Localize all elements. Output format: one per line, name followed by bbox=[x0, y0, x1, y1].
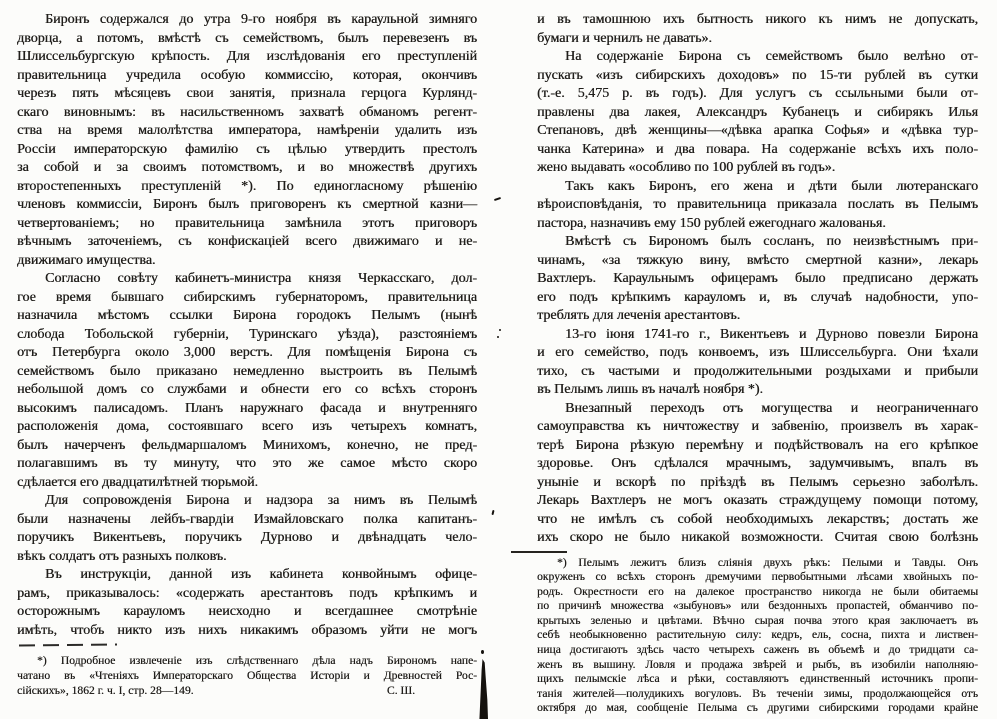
text-line: себѣ необыкновенно растительную силу: ке… bbox=[537, 628, 978, 643]
footnote-text: сійскихъ», 1862 г. ч. I, стр. 28—149. bbox=[17, 683, 194, 698]
text-line: второстепенныхъ преступленій *). По един… bbox=[17, 178, 477, 197]
text-line: ница достигаютъ здѣсь часто четырехъ саж… bbox=[537, 643, 978, 658]
ink-speck bbox=[481, 650, 484, 654]
text-line: Россіи императорскую фамилію съ цѣлью ут… bbox=[17, 141, 477, 160]
text-line: чанка Катерина» и два повара. На содержа… bbox=[537, 141, 978, 160]
text-line: сдѣлается его двадцатилѣтней тюрьмой. bbox=[17, 474, 477, 493]
text-line: Такъ какъ Биронъ, его жена и дѣти были л… bbox=[537, 178, 978, 197]
text-line: членовъ коммиссіи, Биронъ былъ приговоре… bbox=[17, 196, 477, 215]
footnote-last-line: сійскихъ», 1862 г. ч. I, стр. 28—149.С. … bbox=[17, 683, 477, 698]
text-line: (т.-е. 5,475 р. въ годъ). Для услугъ съ … bbox=[537, 85, 978, 104]
text-line: поручикъ Викентьевъ, поручикъ Дурново и … bbox=[17, 529, 477, 548]
text-line: 13-го іюня 1741-го г., Викентьевъ и Дурн… bbox=[537, 326, 978, 345]
text-line: чатано въ «Чтеніяхъ Императорскаго Общес… bbox=[17, 668, 477, 683]
text-line: самоуправства къ ничтожеству и забвенію,… bbox=[537, 418, 978, 437]
text-line: его подъ крѣпкимъ карауломъ и, въ случаѣ… bbox=[537, 289, 978, 308]
text-line: терѣ Бирона рѣзкую перемѣну и подѣйствов… bbox=[537, 437, 978, 456]
text-line: Степановъ, двѣ женщины—«дѣвка арапка Соф… bbox=[537, 122, 978, 141]
text-line: въ Пелымъ лишь въ началѣ ноября *). bbox=[537, 381, 978, 400]
text-line: уныніе и вскорѣ по пріѣздѣ въ Пелымъ сер… bbox=[537, 474, 978, 493]
ink-speck bbox=[494, 197, 501, 201]
text-line: пастора, назначивъ ему 150 рублей ежегод… bbox=[537, 215, 978, 234]
text-line: крытыхъ зеленью и цвѣтами. Вѣчно сырая п… bbox=[537, 614, 978, 629]
text-line: расположенія дома, состоявшаго всего изъ… bbox=[17, 418, 477, 437]
text-line: окруженъ со всѣхъ сторонъ дремучими перв… bbox=[537, 570, 978, 585]
ink-streak bbox=[477, 659, 488, 719]
text-line: полагавшимъ въ ту минуту, что это же сам… bbox=[17, 455, 477, 474]
left-page-body: Биронъ содержался до утра 9-го ноября въ… bbox=[17, 11, 477, 640]
text-line: вѣроисповѣданія, то правительница приказ… bbox=[537, 196, 978, 215]
text-line: что не имѣлъ съ собой необходимыхъ лекар… bbox=[537, 511, 978, 530]
text-line: семействомъ было приказано немедленно вы… bbox=[17, 363, 477, 382]
text-line: ства на время малолѣтства императора, на… bbox=[17, 122, 477, 141]
text-line: Для сопровожденія Бирона и надзора за ни… bbox=[17, 492, 477, 511]
text-line: родъ. Окрестности его на далекое простра… bbox=[537, 585, 978, 600]
text-line: вѣкъ солдатъ отъ разныхъ полковъ. bbox=[17, 548, 477, 567]
text-line: бумаги и чернилъ не давать». bbox=[537, 30, 978, 49]
text-line: Согласно совѣту кабинетъ-министра князя … bbox=[17, 270, 477, 289]
text-line: Лекарь Вахтлеръ не могъ оказать страждущ… bbox=[537, 492, 978, 511]
text-line: скаго виновнымъ: въ насильственномъ захв… bbox=[17, 104, 477, 123]
text-line: *) Подробное извлеченіе изъ слѣдственнаг… bbox=[17, 653, 477, 668]
text-line: тихо, съ частыми и продолжительными розд… bbox=[537, 363, 978, 382]
text-line: ихъ скоро не было никакой возможности. С… bbox=[537, 529, 978, 548]
text-line: правительница учредила особую коммиссію,… bbox=[17, 67, 477, 86]
footnote-rule-right bbox=[511, 551, 567, 553]
text-line: женъ въ вышину. Ловля и продажа звѣрей и… bbox=[537, 658, 978, 673]
ink-speck bbox=[491, 510, 494, 515]
text-line: и въ тамошнюю ихъ бытность никого къ ним… bbox=[537, 11, 978, 30]
author-initials: С. Ш. bbox=[387, 683, 415, 698]
right-page-body: и въ тамошнюю ихъ бытность никого къ ним… bbox=[537, 11, 978, 548]
text-line: чинамъ, «за тяжкую вину, вмѣсто смертной… bbox=[537, 252, 978, 271]
text-line: за собой и за своимъ потомствомъ, и во м… bbox=[17, 159, 477, 178]
text-line: назначила мѣстомъ ссылки Бирона городокъ… bbox=[17, 307, 477, 326]
text-line: имѣть, чтобъ никто изъ нихъ никакимъ обр… bbox=[17, 622, 477, 641]
text-line: высокимъ палисадомъ. Планъ наружнаго фас… bbox=[17, 400, 477, 419]
text-line: Вмѣстѣ съ Бирономъ былъ сосланъ, по неиз… bbox=[537, 233, 978, 252]
text-line: четвертованіемъ; но правительница замѣни… bbox=[17, 215, 477, 234]
right-page-column: и въ тамошнюю ихъ бытность никого къ ним… bbox=[537, 11, 978, 716]
ink-speck bbox=[499, 329, 501, 331]
text-line: и его семейство, подъ конвоемъ, изъ Шлис… bbox=[537, 344, 978, 363]
text-line: Шлиссельбургскую крѣпость. Для изслѣдова… bbox=[17, 48, 477, 67]
text-line: пускать «изъ сибирскихъ доходовъ» по 15-… bbox=[537, 67, 978, 86]
text-line: гое время бывшаго сибирскимъ губернаторо… bbox=[17, 289, 477, 308]
text-line: рамъ, приказывалось: «содержать арестант… bbox=[17, 585, 477, 604]
left-page-footnote: *) Подробное извлеченіе изъ слѣдственнаг… bbox=[17, 653, 477, 699]
text-line: *) Пелымъ лежитъ близъ сліянія двухъ рѣк… bbox=[537, 556, 978, 571]
text-line: танія жителей—полудикихъ вогуловъ. Въ те… bbox=[537, 687, 978, 702]
text-line: Внезапный переходъ отъ могущества и неог… bbox=[537, 400, 978, 419]
text-line: треблять для леченія арестантовъ. bbox=[537, 307, 978, 326]
text-line: черезъ пять мѣсяцевъ свои занятія, призн… bbox=[17, 85, 477, 104]
text-line: осторожнымъ карауломъ неисходно и всегда… bbox=[17, 603, 477, 622]
text-line: отъ Петербурга около 3,000 верстъ. Для п… bbox=[17, 344, 477, 363]
text-line: октября до мая, сообщеніе Пелыма съ друг… bbox=[537, 701, 978, 716]
text-line: На содержаніе Бирона съ семействомъ было… bbox=[537, 48, 978, 67]
text-line: Биронъ содержался до утра 9-го ноября въ… bbox=[17, 11, 477, 30]
text-line: былъ начерченъ фельдмаршаломъ Минихомъ, … bbox=[17, 437, 477, 456]
text-line: небольшой домъ со службами и обнести его… bbox=[17, 381, 477, 400]
text-line: слобода Тобольской губерніи, Туринскаго … bbox=[17, 326, 477, 345]
text-line: движимаго имущества. bbox=[17, 252, 477, 271]
right-page-footnote: *) Пелымъ лежитъ близъ сліянія двухъ рѣк… bbox=[537, 556, 978, 717]
text-line: по причинѣ множества «зыбуновъ» или безд… bbox=[537, 599, 978, 614]
text-line: Въ инструкціи, данной изъ кабинета конво… bbox=[17, 566, 477, 585]
text-line: щихъ пелымскіе лѣса и рѣки, составляютъ … bbox=[537, 672, 978, 687]
text-line: Вахтлеръ. Караульнымъ офицерамъ было пре… bbox=[537, 270, 978, 289]
text-line: жено выдавать «особливо по 100 рублей въ… bbox=[537, 159, 978, 178]
text-line: были назначены лейбъ-гвардіи Измайловска… bbox=[17, 511, 477, 530]
text-line: правлены два лакея, Александръ Кубанецъ … bbox=[537, 104, 978, 123]
text-line: вѣчнымъ заточеніемъ, съ конфискаціей все… bbox=[17, 233, 477, 252]
footnote-rule-left bbox=[19, 643, 117, 646]
text-line: здоровье. Онъ сдѣлался мрачнымъ, задумчи… bbox=[537, 455, 978, 474]
text-line: дворца, а потомъ, вмѣстѣ съ семействомъ,… bbox=[17, 30, 477, 49]
left-page-column: Биронъ содержался до утра 9-го ноября въ… bbox=[17, 11, 477, 699]
